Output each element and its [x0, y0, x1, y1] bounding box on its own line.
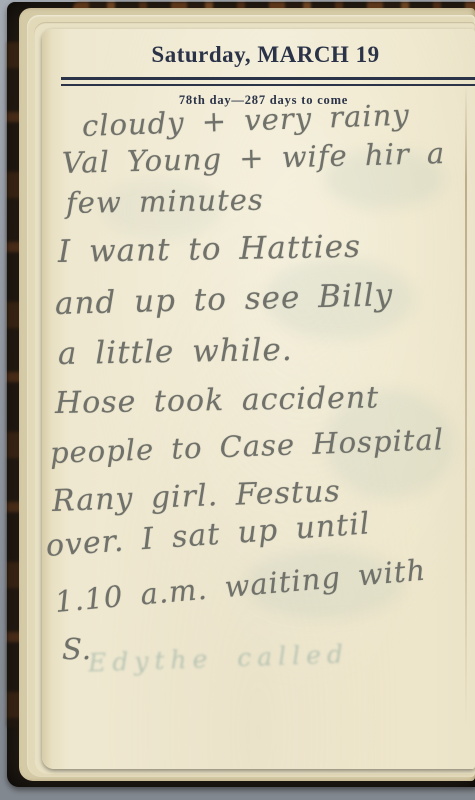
entry-line: I want to Hatties	[58, 229, 362, 270]
entry-line: cloudy + very rainy	[81, 98, 410, 143]
entry-line: and up to see Billy	[55, 277, 394, 322]
entry-line: Hose took accident	[55, 380, 380, 421]
page-crease	[465, 84, 467, 724]
diary-page: Saturday, MARCH 19 78th day—287 days to …	[42, 29, 475, 769]
entry-line: people to Case Hospital	[49, 422, 444, 470]
entry-line: few minutes	[66, 183, 264, 220]
handwritten-entry: cloudy + very rainy Val Young + wife hir…	[42, 29, 475, 769]
scanner-background: Saturday, MARCH 19 78th day—287 days to …	[0, 0, 475, 800]
entry-line: Val Young + wife hir a	[62, 136, 446, 180]
entry-line: a little while.	[58, 332, 293, 372]
entry-line: 1.10 a.m. waiting with	[54, 553, 428, 619]
ghost-show-through-text: Edythe called	[88, 639, 350, 677]
